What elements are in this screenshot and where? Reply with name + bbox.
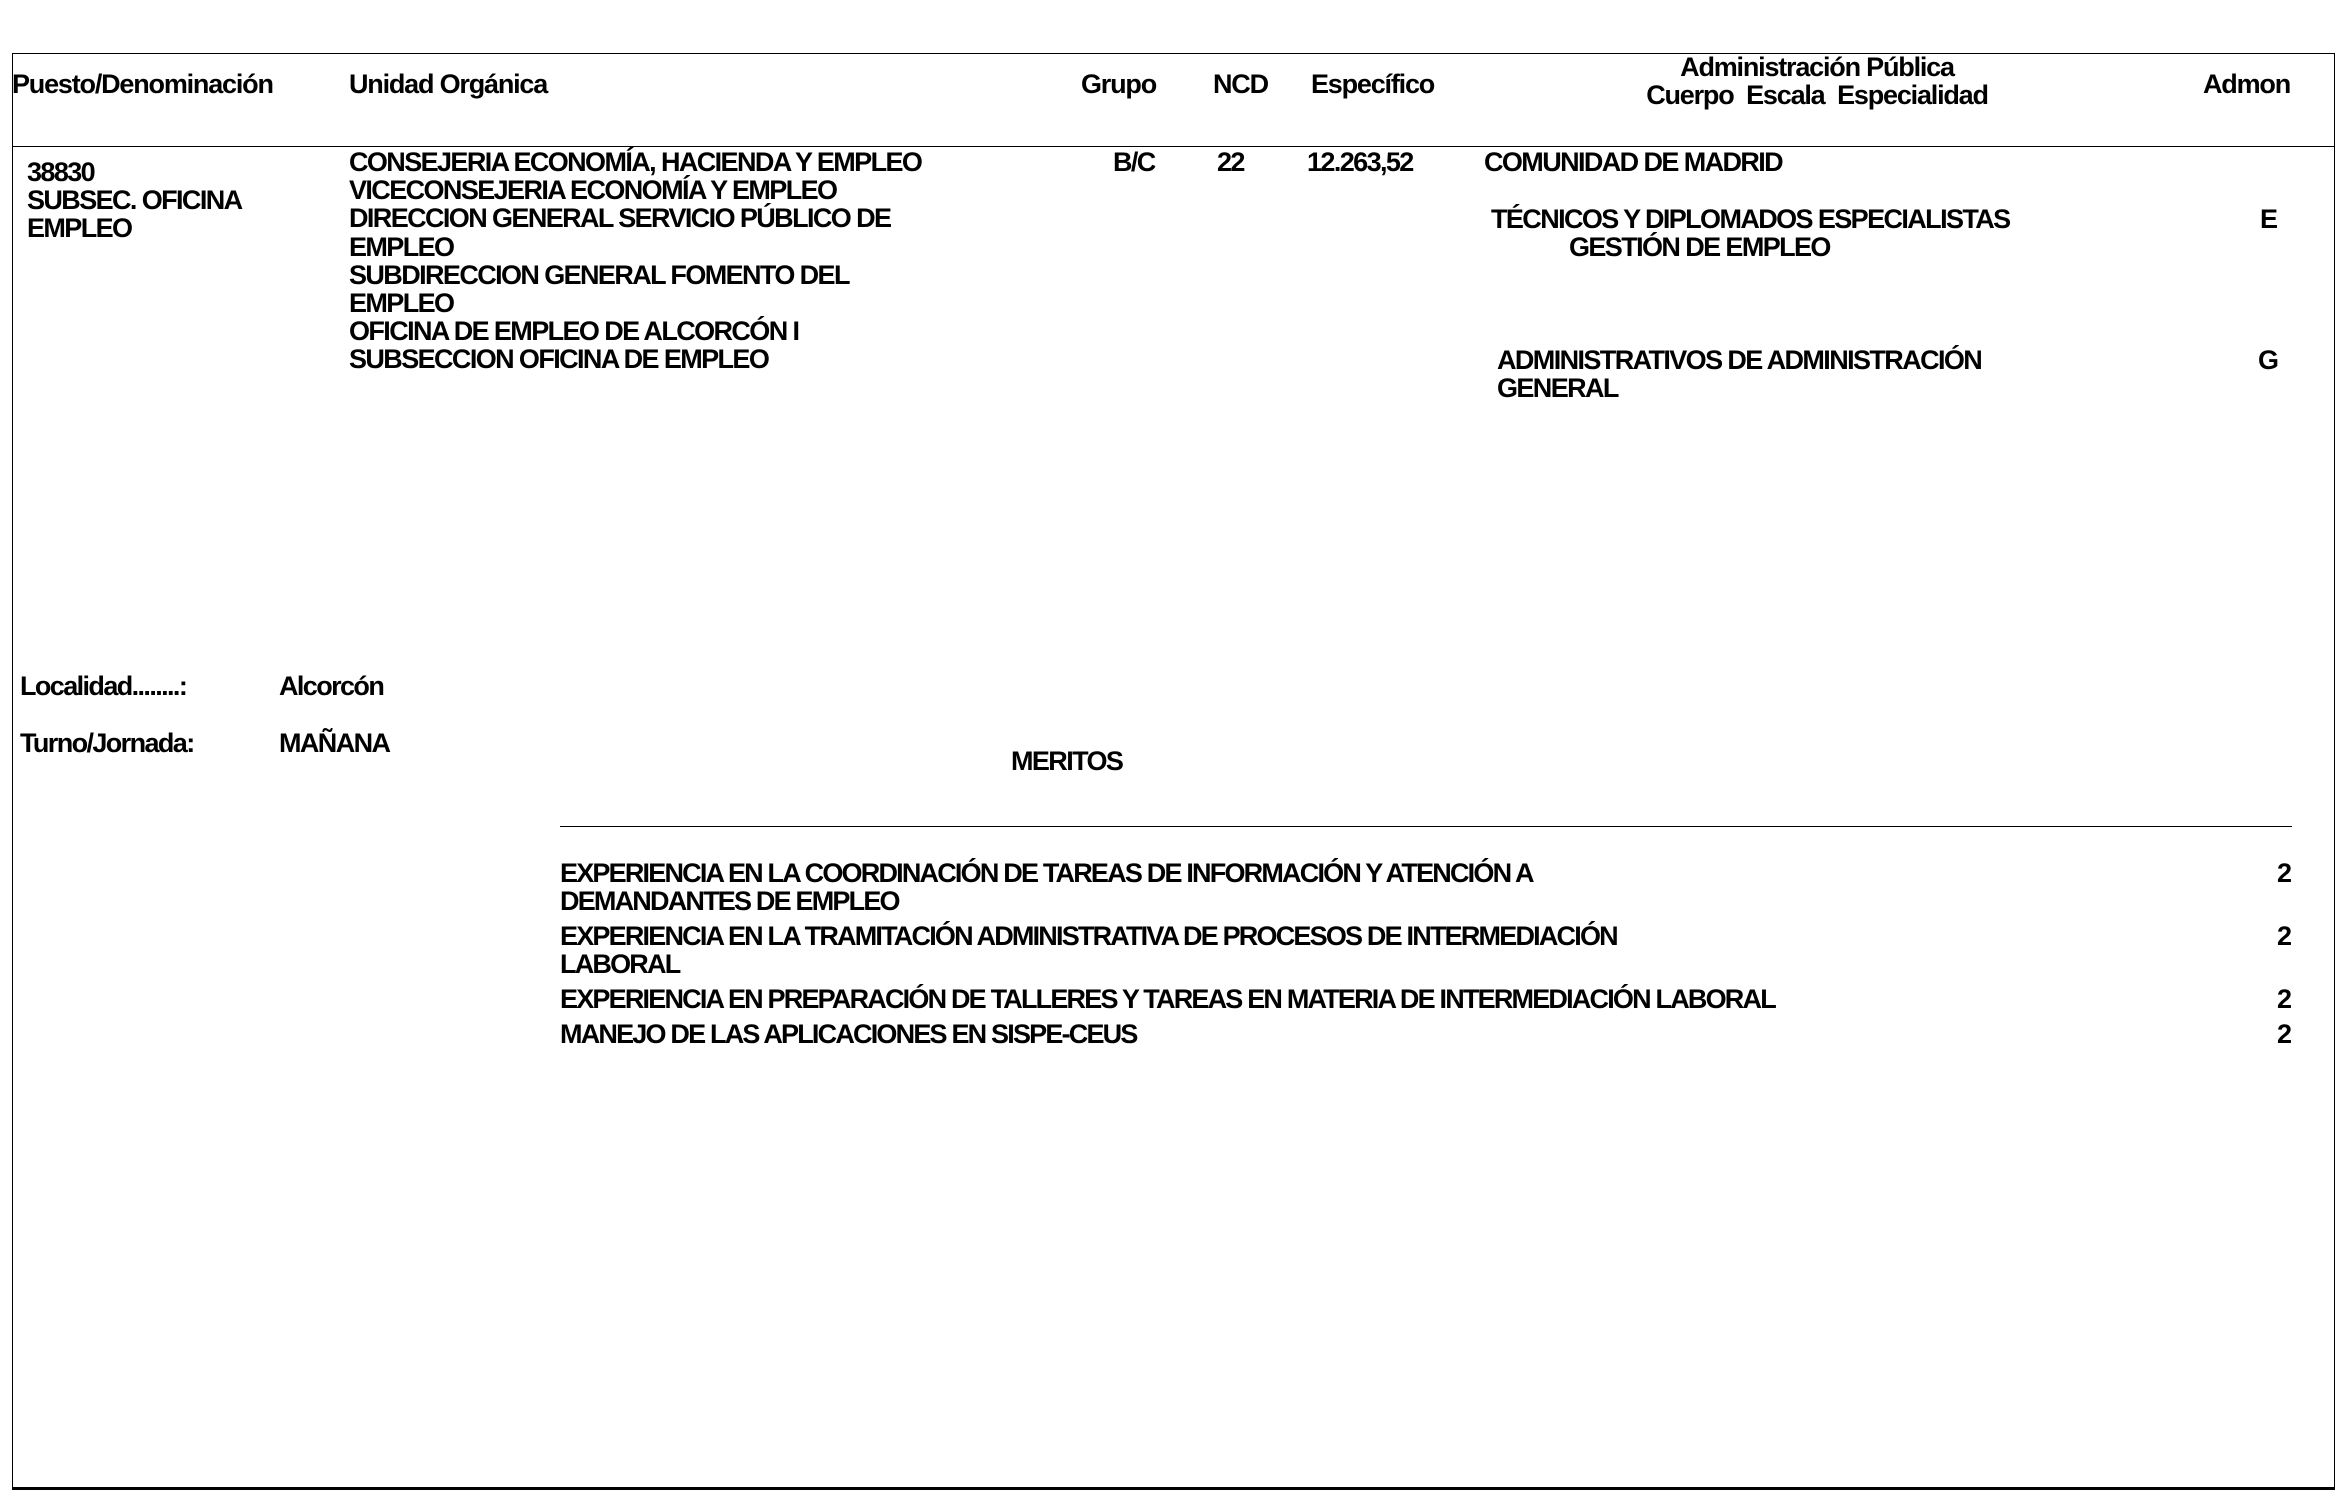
turno-label: Turno/Jornada: <box>20 729 194 757</box>
col-header-puesto: Puesto/Denominación <box>12 70 273 98</box>
unidad-line: CONSEJERIA ECONOMÍA, HACIENDA Y EMPLEO <box>349 148 921 176</box>
merit-points: 2 <box>2277 1020 2292 1048</box>
merit-description: EXPERIENCIA EN PREPARACIÓN DE TALLERES Y… <box>560 985 1860 1013</box>
merit-description: EXPERIENCIA EN LA COORDINACIÓN DE TAREAS… <box>560 859 1860 915</box>
col-header-unidad: Unidad Orgánica <box>349 70 547 98</box>
meritos-divider <box>560 826 2292 827</box>
unidad-organica: CONSEJERIA ECONOMÍA, HACIENDA Y EMPLEO V… <box>349 148 921 374</box>
merit-points: 2 <box>2277 859 2292 887</box>
col-header-ncd: NCD <box>1213 70 1268 98</box>
puesto-denominacion-1: SUBSEC. OFICINA <box>27 186 242 214</box>
merit-description: MANEJO DE LAS APLICACIONES EN SISPE-CEUS <box>560 1020 1860 1048</box>
grupo-value: B/C <box>1113 148 1155 176</box>
turno-value: MAÑANA <box>279 729 389 757</box>
especialidad-2: GENERAL <box>1497 374 1618 402</box>
meritos-title: MERITOS <box>1011 747 1122 775</box>
col-header-grupo: Grupo <box>1081 70 1156 98</box>
unidad-line: DIRECCION GENERAL SERVICIO PÚBLICO DE <box>349 204 921 232</box>
especialidad-1: GESTIÓN DE EMPLEO <box>1569 233 1830 261</box>
ncd-value: 22 <box>1217 148 1244 176</box>
unidad-line: VICECONSEJERIA ECONOMÍA Y EMPLEO <box>349 176 921 204</box>
cuerpo-2: ADMINISTRATIVOS DE ADMINISTRACIÓN <box>1497 346 1981 374</box>
especifico-value: 12.263,52 <box>1307 148 1413 176</box>
merit-points: 2 <box>2277 985 2292 1013</box>
col-header-admin-publica-2: Cuerpo Escala Especialidad <box>1617 81 2017 109</box>
merit-points: 2 <box>2277 922 2292 950</box>
puesto-denominacion-2: EMPLEO <box>27 214 131 242</box>
unidad-line: SUBSECCION OFICINA DE EMPLEO <box>349 345 921 373</box>
unidad-line: OFICINA DE EMPLEO DE ALCORCÓN I <box>349 317 921 345</box>
administracion-value: COMUNIDAD DE MADRID <box>1484 148 1782 176</box>
unidad-line: SUBDIRECCION GENERAL FOMENTO DEL <box>349 261 921 289</box>
localidad-value: Alcorcón <box>279 672 383 700</box>
admon-2: G <box>2258 346 2277 374</box>
merit-description: EXPERIENCIA EN LA TRAMITACIÓN ADMINISTRA… <box>560 922 1860 978</box>
cuerpo-1: TÉCNICOS Y DIPLOMADOS ESPECIALISTAS <box>1491 205 2010 233</box>
unidad-line: EMPLEO <box>349 233 921 261</box>
puesto-codigo: 38830 <box>27 158 94 186</box>
col-header-especifico: Específico <box>1311 70 1434 98</box>
admon-1: E <box>2260 205 2276 233</box>
unidad-line: EMPLEO <box>349 289 921 317</box>
col-header-admon: Admon <box>2203 70 2290 98</box>
localidad-label: Localidad........: <box>20 672 186 700</box>
col-header-admin-publica-1: Administración Pública <box>1617 53 2017 81</box>
